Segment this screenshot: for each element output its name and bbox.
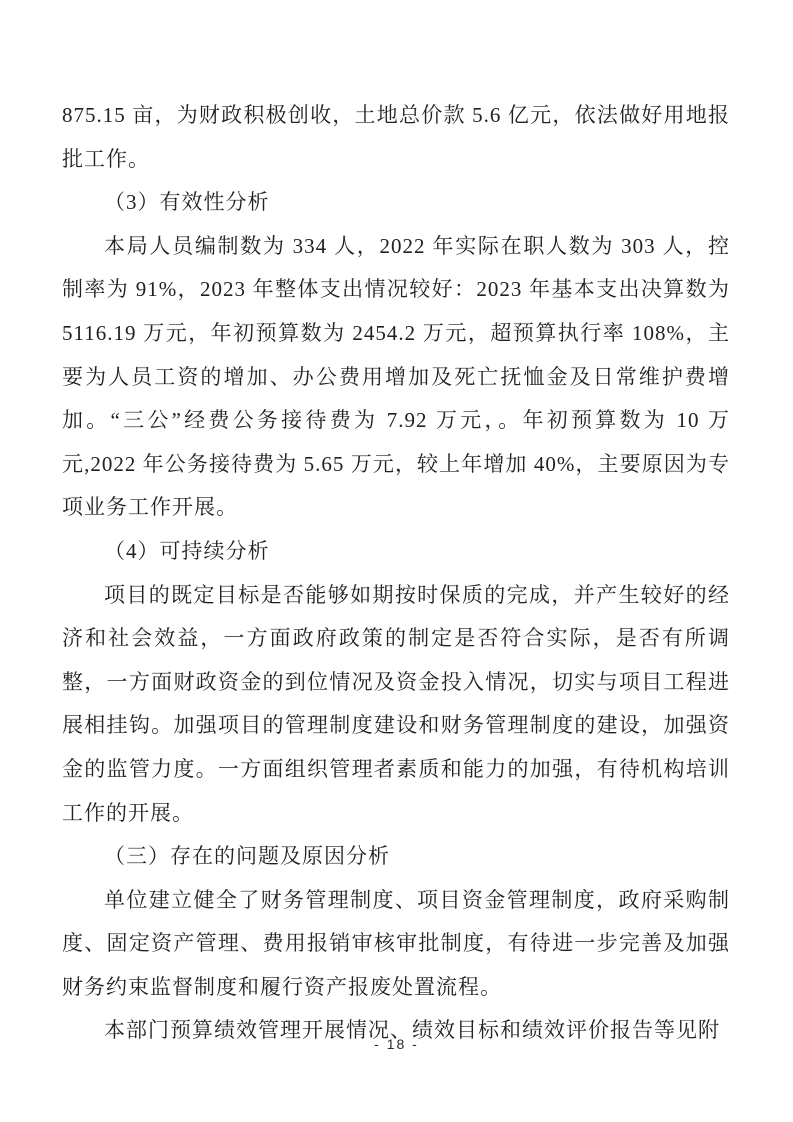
heading-effectiveness-analysis: （3）有效性分析	[62, 181, 730, 225]
paragraph-project-goals-and-management: 项目的既定目标是否能够如期按时保质的完成，并产生较好的经济和社会效益，一方面政府…	[62, 574, 730, 836]
paragraph-staffing-and-expenditure: 本局人员编制数为 334 人，2022 年实际在职人数为 303 人，控制率为 …	[62, 225, 730, 530]
paragraph-land-revenue-continuation: 875.15 亩，为财政积极创收，土地总价款 5.6 亿元，依法做好用地报批工作…	[62, 94, 730, 181]
document-page: 875.15 亩，为财政积极创收，土地总价款 5.6 亿元，依法做好用地报批工作…	[0, 0, 793, 1122]
page-number: - 18 -	[0, 1036, 793, 1052]
paragraph-institutional-systems: 单位建立健全了财务管理制度、项目资金管理制度，政府采购制度、固定资产管理、费用报…	[62, 879, 730, 1010]
heading-problems-and-causes-analysis: （三）存在的问题及原因分析	[62, 835, 730, 879]
document-body: 875.15 亩，为财政积极创收，土地总价款 5.6 亿元，依法做好用地报批工作…	[62, 94, 730, 1053]
heading-sustainability-analysis: （4）可持续分析	[62, 530, 730, 574]
